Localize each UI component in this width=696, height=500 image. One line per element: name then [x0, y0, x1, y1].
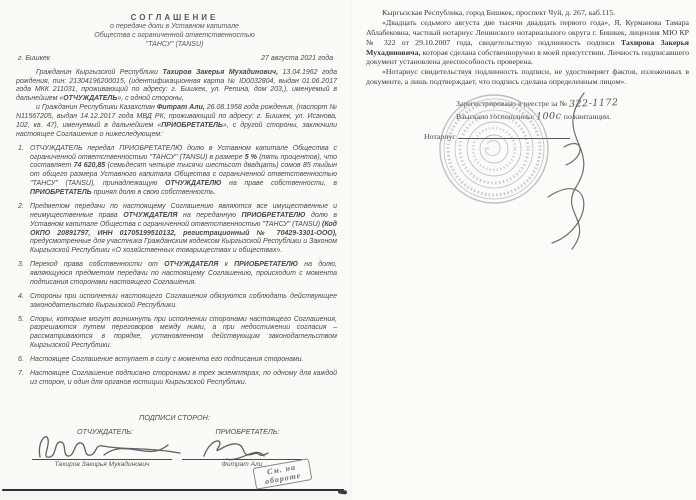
registry-line: Зарегистрировано в реестре за № 322-1172	[456, 97, 688, 110]
clause-item: 3. Переход права собственности от ОТЧУЖД…	[18, 261, 337, 288]
scanned-document: СОГЛАШЕНИЕ о передаче доли в Уставном ка…	[0, 0, 696, 500]
clause-item: 2. Предметом передачи по настоящему Согл…	[18, 203, 337, 256]
clause-item: 6. Настоящее Соглашение вступает в силу …	[18, 356, 337, 365]
clause-number: 2.	[18, 203, 30, 256]
clause-number: 4.	[18, 293, 30, 311]
clause-text: Настоящее Соглашение подписано сторонами…	[30, 370, 337, 388]
registry-label: Зарегистрировано в реестре за №	[456, 99, 567, 108]
notary-paragraph: Кыргызская Республика, город Бишкек, про…	[366, 8, 689, 18]
clause-number: 5.	[18, 316, 30, 352]
fee-label: Взыскано госпошлины:	[456, 112, 534, 121]
page-subtitle-line: "ТАНСУ" (TANSU)	[0, 41, 349, 50]
clause-number: 7.	[18, 370, 30, 388]
clause-number: 6.	[18, 356, 30, 365]
agreement-page: СОГЛАШЕНИЕ о передаче доли в Уставном ка…	[0, 0, 349, 491]
seller-name-caption: Тахиров Закирья Мукадинович	[32, 459, 172, 469]
page-bottom-edge	[2, 489, 344, 491]
clause-text: Настоящее Соглашение вступает в силу с м…	[30, 356, 337, 365]
fee-suffix: по квитанции.	[564, 112, 611, 121]
page-title: СОГЛАШЕНИЕ	[0, 13, 349, 23]
page-bottom-edge-mark	[338, 489, 347, 494]
notary-attestation-page: Кыргызская Республика, город Бишкек, про…	[352, 0, 696, 500]
date-label: 27 августа 2021 года	[261, 55, 333, 64]
clause-text: Переход права собственности от ОТЧУЖДАТЕ…	[30, 261, 337, 288]
seller-role-label: ОТЧУЖДАТЕЛЬ:	[40, 427, 170, 436]
place-date-row: г. Бишкек 27 августа 2021 года	[0, 55, 349, 64]
page-subtitle-line: Общества с ограниченной ответственностью	[0, 32, 349, 41]
notary-paragraph: «Нотариус свидетельствуя подлинность под…	[366, 67, 689, 87]
fee-amount-handwritten: 100с	[536, 110, 562, 124]
clauses-list: 1. ОТЧУЖДАТЕЛЬ передал ПРИОБРЕТАТЕЛЮ дол…	[0, 145, 349, 388]
intro-paragraph: и Гражданин Республики Казахстан Фитрат …	[16, 104, 337, 140]
registry-number-handwritten: 322-1172	[569, 96, 619, 111]
clause-number: 3.	[18, 261, 30, 288]
page-subtitle-line: о передаче доли в Уставном капитале	[0, 23, 349, 32]
clause-item: 7. Настоящее Соглашение подписано сторон…	[18, 370, 337, 388]
buyer-role-label: ПРИОБРЕТАТЕЛЬ:	[185, 427, 310, 436]
notary-signature-underline	[458, 130, 570, 139]
notary-paragraph: «Двадцать седьмого августа две тысячи дв…	[366, 18, 689, 67]
notary-signature-line: Нотариус	[424, 130, 570, 142]
clause-text: Предметом передачи по настоящему Соглаше…	[30, 203, 337, 256]
intro-paragraph: Гражданин Кыргызской Республики Тахиров …	[16, 69, 337, 105]
clause-item: 1. ОТЧУЖДАТЕЛЬ передал ПРИОБРЕТАТЕЛЮ дол…	[18, 145, 337, 198]
clause-item: 4. Стороны при исполнении настоящего Сог…	[18, 293, 337, 311]
notary-label: Нотариус	[424, 132, 456, 141]
clause-number: 1.	[18, 145, 30, 198]
place-label: г. Бишкек	[18, 55, 50, 64]
fee-line: Взыскано госпошлины: 100с по квитанции.	[456, 110, 688, 123]
clause-text: Стороны при исполнении настоящего Соглаш…	[30, 293, 337, 311]
clause-text: Споры, которые могут возникнуть при испо…	[30, 316, 337, 352]
clause-text: ОТЧУЖДАТЕЛЬ передал ПРИОБРЕТАТЕЛЮ долю в…	[30, 145, 337, 198]
registry-block: Зарегистрировано в реестре за № 322-1172…	[456, 97, 688, 124]
signatures-heading: ПОДПИСИ СТОРОН:	[0, 413, 349, 422]
clause-item: 5. Споры, которые могут возникнуть при и…	[18, 316, 337, 352]
